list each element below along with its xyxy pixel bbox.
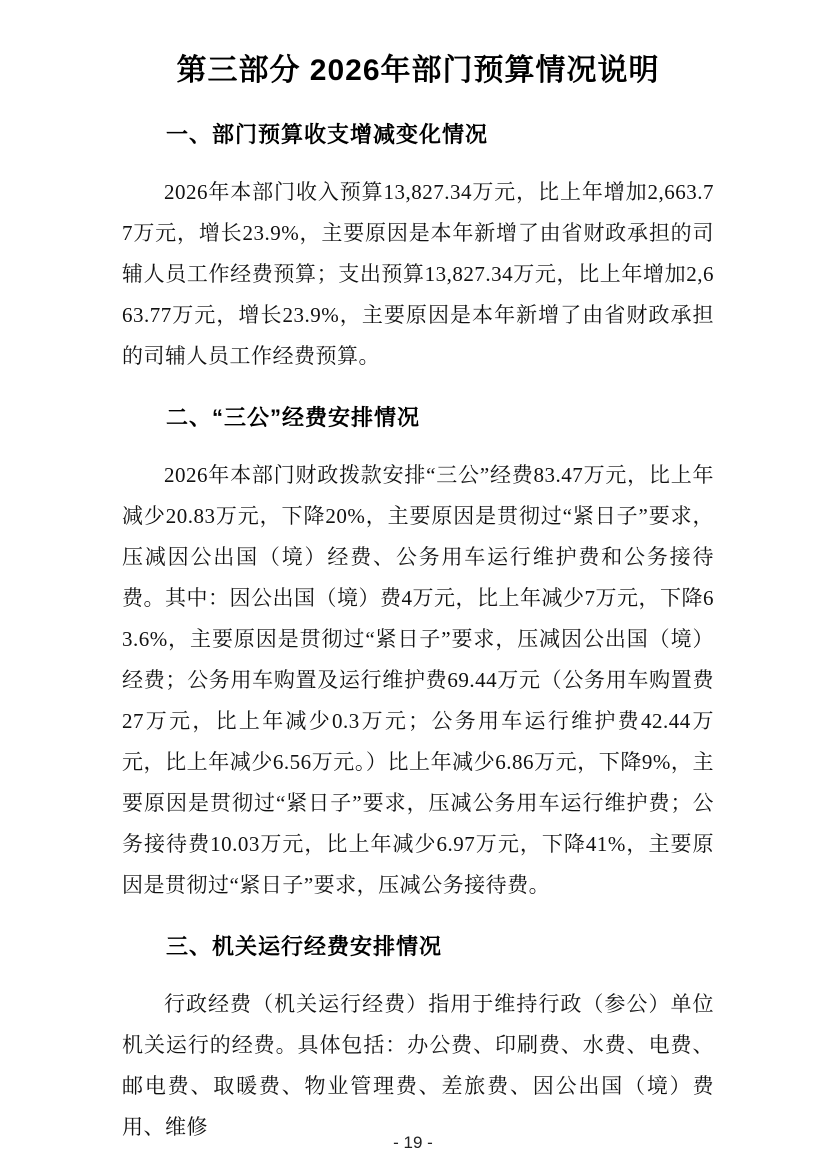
section-heading-3: 三、机关运行经费安排情况 xyxy=(122,932,714,962)
page-title: 第三部分 2026年部门预算情况说明 xyxy=(122,48,714,94)
section-heading-1: 一、部门预算收支增减变化情况 xyxy=(122,120,714,150)
section-paragraph: 行政经费（机关运行经费）指用于维持行政（参公）单位机关运行的经费。具体包括：办公… xyxy=(122,984,714,1148)
section-paragraph: 2026年本部门财政拨款安排“三公”经费83.47万元，比上年减少20.83万元… xyxy=(122,455,714,906)
section-operating-funds: 三、机关运行经费安排情况 行政经费（机关运行经费）指用于维持行政（参公）单位机关… xyxy=(122,932,714,1148)
section-budget-changes: 一、部门预算收支增减变化情况 2026年本部门收入预算13,827.34万元，比… xyxy=(122,120,714,377)
section-paragraph: 2026年本部门收入预算13,827.34万元，比上年增加2,663.77万元，… xyxy=(122,172,714,377)
section-three-public-funds: 二、“三公”经费安排情况 2026年本部门财政拨款安排“三公”经费83.47万元… xyxy=(122,403,714,906)
page-number: - 19 - xyxy=(0,1133,826,1153)
document-content: 第三部分 2026年部门预算情况说明 一、部门预算收支增减变化情况 2026年本… xyxy=(122,0,714,1148)
section-heading-2: 二、“三公”经费安排情况 xyxy=(122,403,714,433)
document-page: 第三部分 2026年部门预算情况说明 一、部门预算收支增减变化情况 2026年本… xyxy=(0,0,826,1169)
